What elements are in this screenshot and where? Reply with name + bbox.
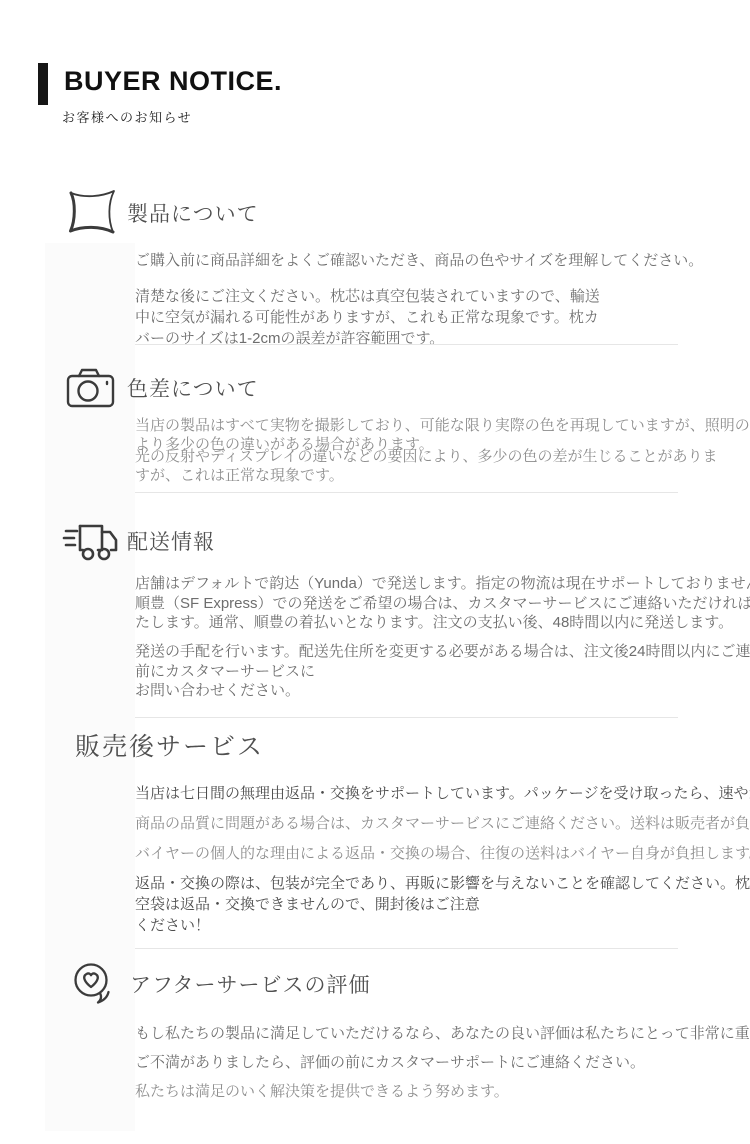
text-line: 発送の手配を行います。配送先住所を変更する必要がある場合は、注文後24時間以内に… [135, 642, 750, 662]
header-accent-bar [38, 63, 48, 105]
paragraph: 発送の手配を行います。配送先住所を変更する必要がある場合は、注文後24時間以内に… [135, 642, 750, 701]
text-line: 中に空気が漏れる可能性がありますが、これも正常な現象です。枕カ [135, 307, 600, 328]
paragraph: 返品・交換の際は、包装が完全であり、再販に影響を与えないことを確認してください。… [135, 873, 750, 936]
text-line: 前にカスタマーサービスに [135, 662, 750, 682]
section-divider [135, 492, 678, 493]
paragraph: 当店は七日間の無理由返品・交換をサポートしています。パッケージを受け取ったら、速… [135, 783, 750, 804]
text-line: 当店は七日間の無理由返品・交換をサポートしています。パッケージを受け取ったら、速… [135, 783, 750, 804]
paragraph: バイヤーの個人的な理由による返品・交換の場合、往復の送料はバイヤー自身が負担しま… [135, 843, 750, 864]
text-line: たします。通常、順豊の着払いとなります。注文の支払い後、48時間以内に発送します… [135, 613, 750, 633]
text-line: 光の反射やディスプレイの違いなどの要因により、多少の色の差が生じることがありま [135, 447, 717, 466]
section-title-product: 製品について [127, 198, 259, 228]
text-line: 返品・交換の際は、包装が完全であり、再販に影響を与えないことを確認してください。… [135, 873, 750, 894]
text-line: 店舗はデフォルトで韵达（Yunda）で発送します。指定の物流は現在サポートしてお… [135, 574, 750, 594]
paragraph: 商品の品質に問題がある場合は、カスタマーサービスにご連絡ください。送料は販売者が… [135, 813, 750, 834]
section-title-color: 色差について [127, 373, 259, 403]
text-line: バーのサイズは1-2cmの誤差が許容範囲です。 [135, 328, 600, 349]
paragraph: 店舗はデフォルトで韵达（Yunda）で発送します。指定の物流は現在サポートしてお… [135, 574, 750, 633]
section-title-review: アフターサービスの評価 [130, 969, 371, 999]
section-title-shipping: 配送情報 [127, 526, 215, 556]
camera-icon [66, 367, 120, 409]
section-divider [135, 948, 678, 949]
text-line: ご不満がありましたら、評価の前にカスタマーサポートにご連絡ください。 [135, 1052, 645, 1073]
page-subtitle: お客様へのお知らせ [62, 107, 192, 126]
text-line: もし私たちの製品に満足していただけるなら、あなたの良い評価は私たちにとって非常に… [135, 1023, 750, 1044]
pillow-icon [66, 188, 118, 236]
text-line: すが、これは正常な現象です。 [135, 466, 717, 485]
text-line: 当店の製品はすべて実物を撮影しており、可能な限り実際の色を再現していますが、照明… [135, 416, 750, 435]
text-line: バイヤーの個人的な理由による返品・交換の場合、往復の送料はバイヤー自身が負担しま… [135, 843, 750, 864]
section-divider [135, 344, 678, 345]
paragraph: ご不満がありましたら、評価の前にカスタマーサポートにご連絡ください。 [135, 1052, 645, 1073]
paragraph: 私たちは満足のいく解決策を提供できるよう努めます。 [135, 1081, 509, 1102]
text-line: ください！ [135, 915, 750, 936]
section-title-aftersales: 販売後サービス [75, 727, 264, 763]
paragraph: 清楚な後にご注文ください。枕芯は真空包装されていますので、輸送 中に空気が漏れる… [135, 286, 600, 349]
text-line: ご購入前に商品詳細をよくご確認いただき、商品の色やサイズを理解してください。 [135, 250, 703, 271]
truck-icon [62, 518, 120, 564]
section-divider [135, 717, 678, 718]
text-line: 商品の品質に問題がある場合は、カスタマーサービスにご連絡ください。送料は販売者が… [135, 813, 750, 834]
text-line: 空袋は返品・交換できませんので、開封後はご注意 [135, 894, 750, 915]
paragraph: ご購入前に商品詳細をよくご確認いただき、商品の色やサイズを理解してください。 [135, 250, 703, 271]
paragraph: もし私たちの製品に満足していただけるなら、あなたの良い評価は私たちにとって非常に… [135, 1023, 750, 1044]
buyer-notice-page: BUYER NOTICE. お客様へのお知らせ 製品について ご購入前に商品詳細… [0, 0, 750, 1144]
paragraph: 光の反射やディスプレイの違いなどの要因により、多少の色の差が生じることがありま … [135, 447, 717, 485]
text-line: お問い合わせください。 [135, 681, 750, 701]
text-line: 私たちは満足のいく解決策を提供できるよう努めます。 [135, 1081, 509, 1102]
text-line: 清楚な後にご注文ください。枕芯は真空包装されていますので、輸送 [135, 286, 600, 307]
text-line: 順豊（SF Express）での発送をご希望の場合は、カスタマーサービスにご連絡… [135, 594, 750, 614]
page-title: BUYER NOTICE. [64, 66, 282, 97]
heart-bubble-icon [70, 961, 118, 1005]
